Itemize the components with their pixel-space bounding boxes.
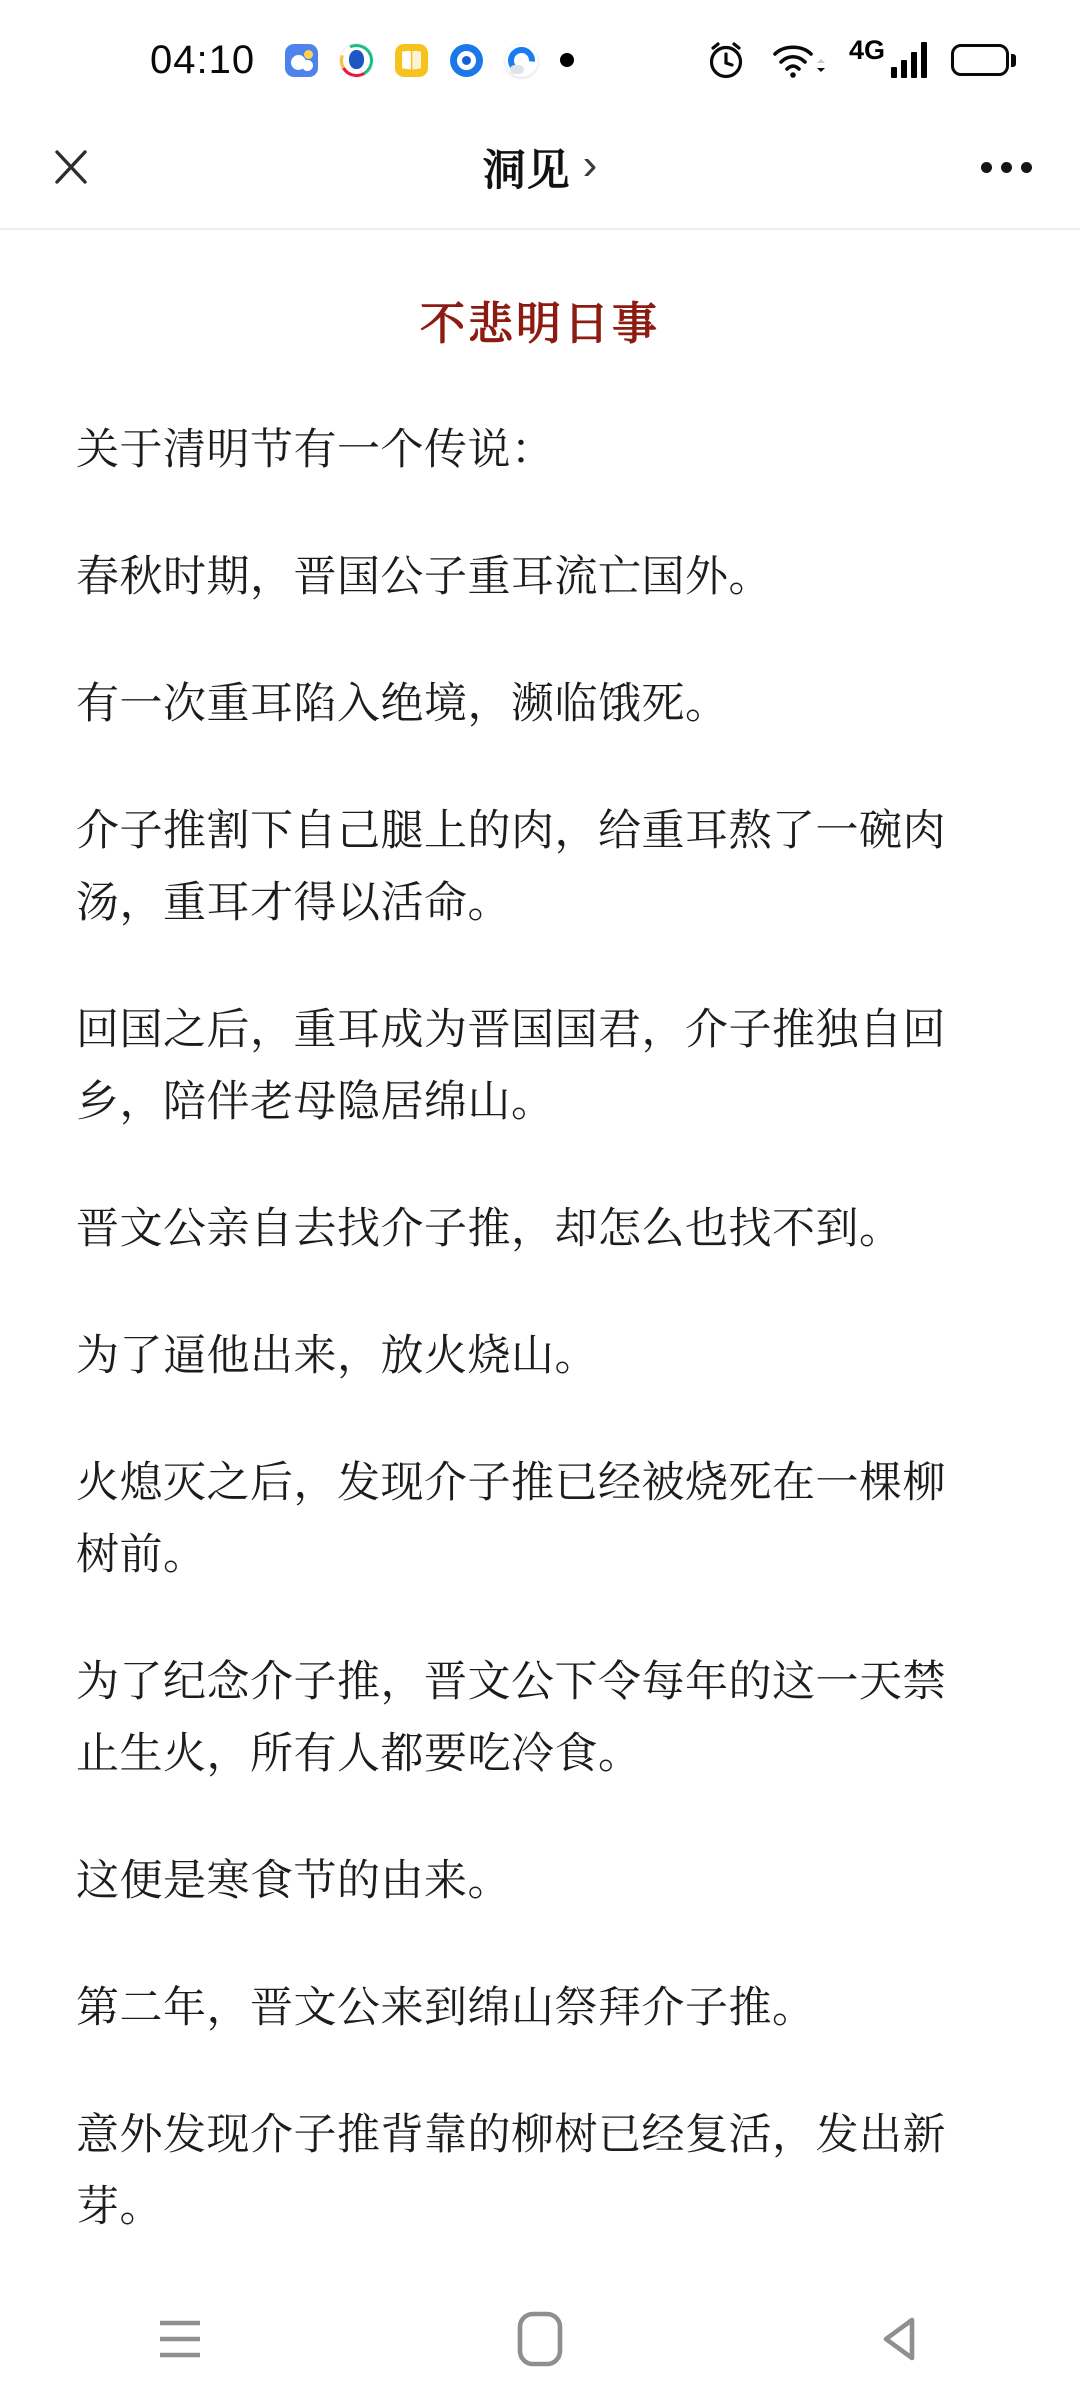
article-paragraph: 为了逼他出来，放火烧山。	[76, 1320, 1004, 1392]
status-bar: 04:10 4G	[0, 0, 1080, 106]
books-app-icon	[395, 44, 428, 77]
chevron-right-icon: ›	[583, 140, 598, 190]
alarm-clock-icon	[705, 39, 747, 81]
browser-dot-icon	[450, 44, 483, 77]
qq-browser-icon	[505, 44, 538, 77]
article-paragraph: 介子推割下自己腿上的肉，给重耳熬了一碗肉 汤，重耳才得以活命。	[76, 795, 1004, 939]
status-right-icons: 4G	[705, 39, 1016, 81]
qq-icon	[340, 44, 373, 77]
menu-lines-icon	[152, 2313, 208, 2365]
article-paragraph: 关于清明节有一个传说：	[76, 414, 1004, 486]
article-paragraph: 意外发现介子推背靠的柳树已经复活，发出新 芽。	[76, 2099, 1004, 2243]
article-paragraph: 第二年，晋文公来到绵山祭拜介子推。	[76, 1972, 1004, 2044]
network-type-label: 4G	[849, 35, 885, 66]
back-triangle-icon	[874, 2311, 926, 2367]
android-nav-bar	[0, 2278, 1080, 2400]
nav-bar: 洞见 ›	[0, 106, 1080, 228]
article-body: 不悲明日事 关于清明节有一个传说： 春秋时期，晋国公子重耳流亡国外。 有一次重耳…	[0, 230, 1080, 2243]
account-title-link[interactable]: 洞见 ›	[0, 106, 1080, 228]
article-title: 不悲明日事	[76, 292, 1004, 356]
article-paragraph: 回国之后，重耳成为晋国国君，介子推独自回 乡，陪伴老母隐居绵山。	[76, 994, 1004, 1138]
article-paragraph: 有一次重耳陷入绝境，濒临饿死。	[76, 668, 1004, 740]
article-paragraph: 火熄灭之后，发现介子推已经被烧死在一棵柳 树前。	[76, 1447, 1004, 1591]
nav-recents-button[interactable]	[0, 2313, 360, 2365]
wifi-icon	[771, 39, 825, 81]
battery-icon	[951, 44, 1016, 76]
home-square-icon	[515, 2309, 565, 2369]
nav-home-button[interactable]	[360, 2309, 720, 2369]
page-title: 洞见	[483, 137, 571, 198]
clock-time: 04:10	[150, 38, 255, 83]
article-paragraph: 春秋时期，晋国公子重耳流亡国外。	[76, 541, 1004, 613]
cellular-signal-icon: 4G	[849, 42, 927, 78]
nav-back-button[interactable]	[720, 2311, 1080, 2367]
notification-icons	[285, 44, 574, 77]
article-paragraph: 晋文公亲自去找介子推，却怎么也找不到。	[76, 1193, 1004, 1265]
notification-dot-icon	[560, 53, 574, 67]
article-paragraph: 这便是寒食节的由来。	[76, 1845, 1004, 1917]
article-paragraph: 为了纪念介子推，晋文公下令每年的这一天禁 止生火，所有人都要吃冷食。	[76, 1646, 1004, 1790]
weather-app-icon	[285, 44, 318, 77]
